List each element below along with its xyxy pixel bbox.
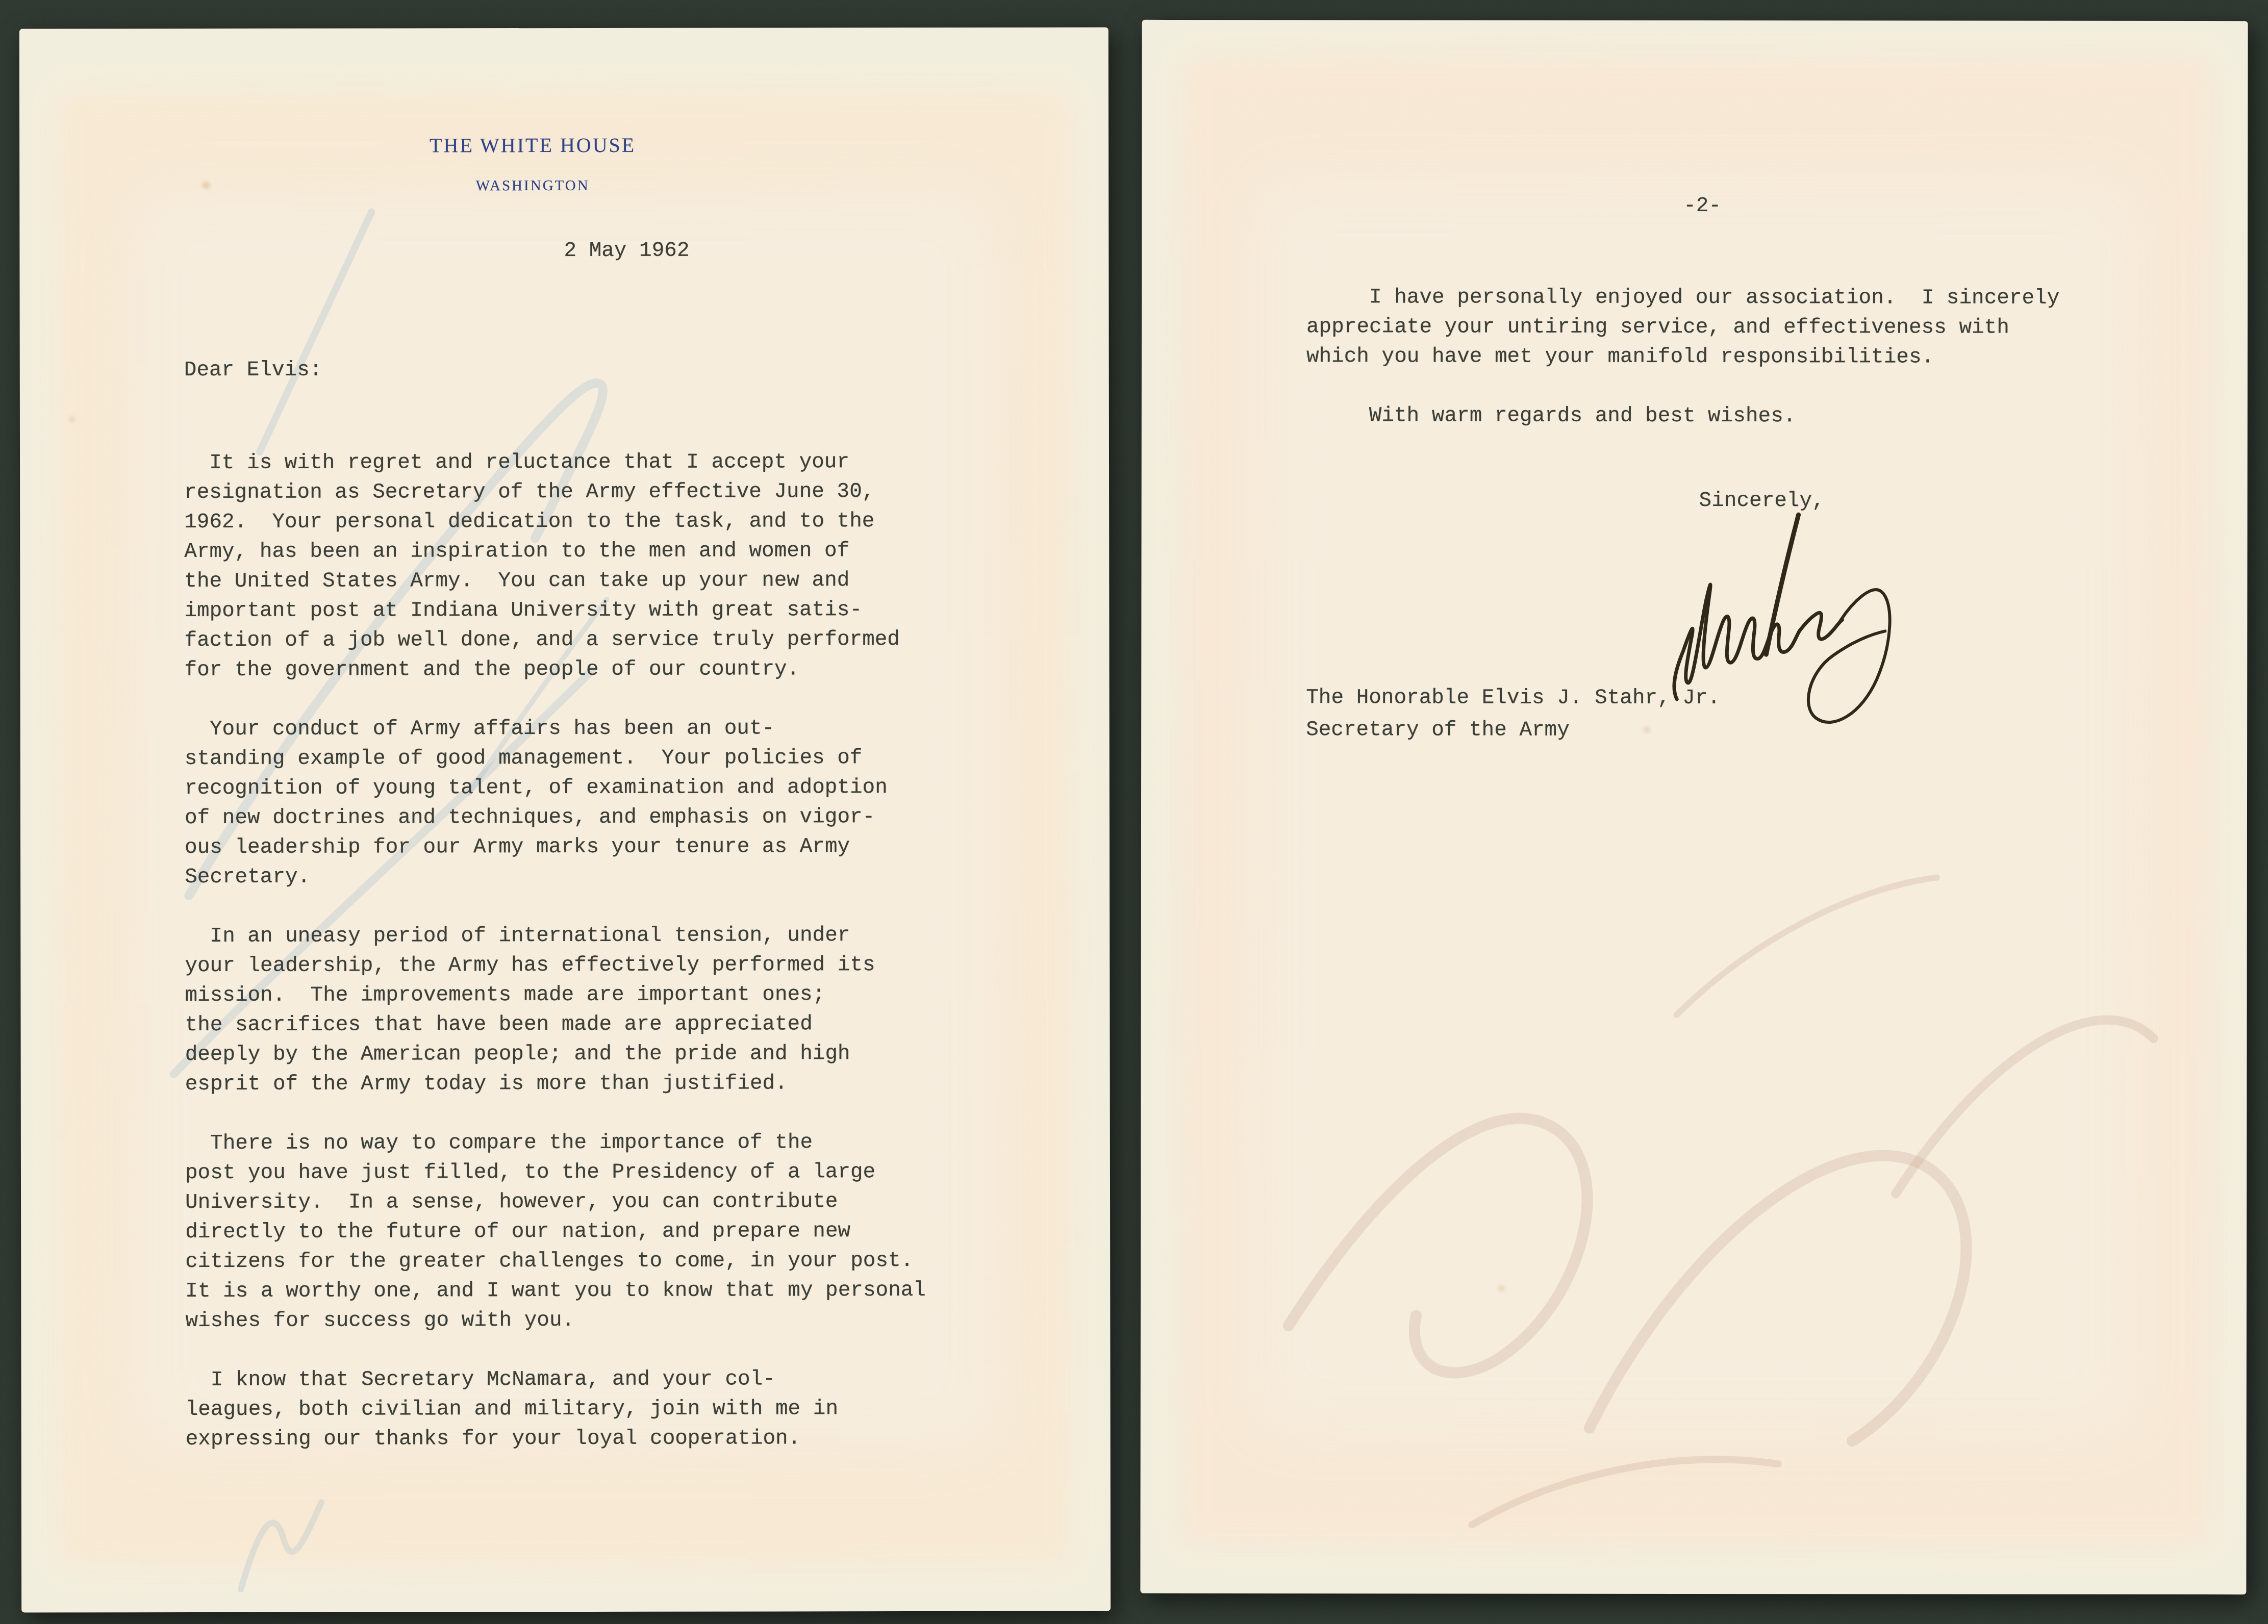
foxing-spot <box>69 416 75 422</box>
letter-body-page1: It is with regret and reluctance that I … <box>184 447 926 1454</box>
foxing-spot <box>202 182 210 189</box>
letterhead-title: THE WHITE HOUSE <box>186 133 879 158</box>
salutation: Dear Elvis: <box>184 356 322 385</box>
foxing-spot <box>1644 727 1650 733</box>
letterhead-subtitle: WASHINGTON <box>186 177 879 195</box>
letter-page-2: -2- I have personally enjoyed our associ… <box>1140 20 2248 1594</box>
closing: Sincerely, <box>1699 486 1825 516</box>
letter-body-page2: I have personally enjoyed our associatio… <box>1306 283 2060 432</box>
letter-page-1: THE WHITE HOUSE WASHINGTON 2 May 1962 De… <box>19 28 1111 1613</box>
scan-background: THE WHITE HOUSE WASHINGTON 2 May 1962 De… <box>0 0 2268 1624</box>
letter-date: 2 May 1962 <box>564 236 689 266</box>
recipient-block: The Honorable Elvis J. Stahr, Jr. Secret… <box>1306 682 1720 747</box>
foxing-spot <box>1498 1285 1505 1292</box>
letterhead: THE WHITE HOUSE WASHINGTON <box>186 133 879 195</box>
page-number: -2- <box>1683 191 1721 221</box>
